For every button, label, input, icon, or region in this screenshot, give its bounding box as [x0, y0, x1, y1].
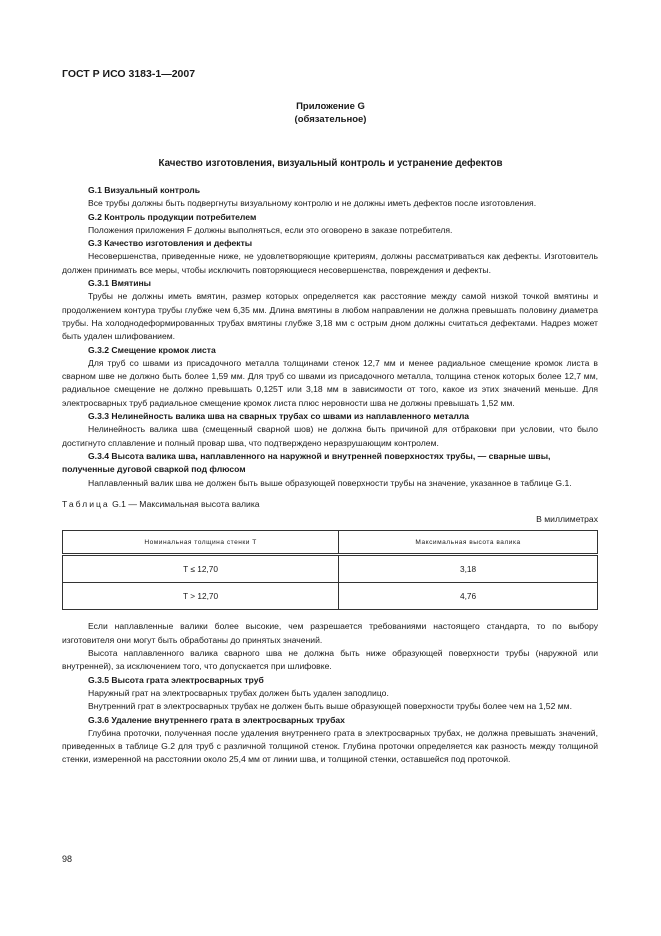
table-row: T ≤ 12,70 3,18 [63, 555, 598, 583]
annex-title: Приложение G [0, 100, 661, 113]
section-heading-g35: G.3.5 Высота грата электросварных труб [62, 674, 598, 687]
table-caption-prefix: Таблица [62, 499, 110, 509]
table-g1: Номинальная толщина стенки T Максимальна… [62, 530, 598, 610]
section-text-g3: Несовершенства, приведенные ниже, не удо… [62, 250, 598, 277]
section-text-g31: Трубы не должны иметь вмятин, размер кот… [62, 290, 598, 343]
table-cell: T ≤ 12,70 [63, 555, 339, 583]
table-caption: Таблица G.1 — Максимальная высота валика [62, 498, 598, 511]
section-heading-g34: G.3.4 Высота валика шва, наплавленного н… [62, 450, 598, 477]
section-text-g34: Наплавленный валик шва не должен быть вы… [62, 477, 598, 490]
section-text-g1: Все трубы должны быть подвергнуты визуал… [62, 197, 598, 210]
table-units: В миллиметрах [62, 513, 598, 526]
section-heading-g36: G.3.6 Удаление внутреннего грата в элект… [62, 714, 598, 727]
page-number: 98 [62, 854, 72, 864]
table-cell: 3,18 [339, 555, 598, 583]
table-header-cell: Максимальная высота валика [339, 531, 598, 555]
section-text-g33: Нелинейность валика шва (смещенный сварн… [62, 423, 598, 450]
section-heading-g33: G.3.3 Нелинейность валика шва на сварных… [62, 410, 598, 423]
table-cell: 4,76 [339, 583, 598, 610]
document-header: ГОСТ Р ИСО 3183-1—2007 [62, 68, 195, 80]
table-header-cell: Номинальная толщина стенки T [63, 531, 339, 555]
section-text-g32: Для труб со швами из присадочного металл… [62, 357, 598, 410]
section-heading-g3: G.3 Качество изготовления и дефекты [62, 237, 598, 250]
section-text-g35-2: Внутренний грат в электросварных трубах … [62, 700, 598, 713]
annex-status: (обязательное) [0, 113, 661, 126]
annex-heading: Приложение G (обязательное) [0, 100, 661, 126]
section-heading-g2: G.2 Контроль продукции потребителем [62, 211, 598, 224]
section-text-g36: Глубина проточки, полученная после удале… [62, 727, 598, 767]
section-text-g34-after-1: Если наплавленные валики более высокие, … [62, 620, 598, 647]
table-cell: T > 12,70 [63, 583, 339, 610]
section-text-g2: Положения приложения F должны выполнятьс… [62, 224, 598, 237]
section-heading-g32: G.3.2 Смещение кромок листа [62, 344, 598, 357]
section-text-g35-1: Наружный грат на электросварных трубах д… [62, 687, 598, 700]
document-body: G.1 Визуальный контроль Все трубы должны… [62, 184, 598, 767]
table-row: T > 12,70 4,76 [63, 583, 598, 610]
table-caption-text: G.1 — Максимальная высота валика [110, 499, 260, 509]
section-text-g34-after-2: Высота наплавленного валика сварного шва… [62, 647, 598, 674]
section-heading-g31: G.3.1 Вмятины [62, 277, 598, 290]
section-heading-g1: G.1 Визуальный контроль [62, 184, 598, 197]
annex-main-title: Качество изготовления, визуальный контро… [0, 158, 661, 169]
